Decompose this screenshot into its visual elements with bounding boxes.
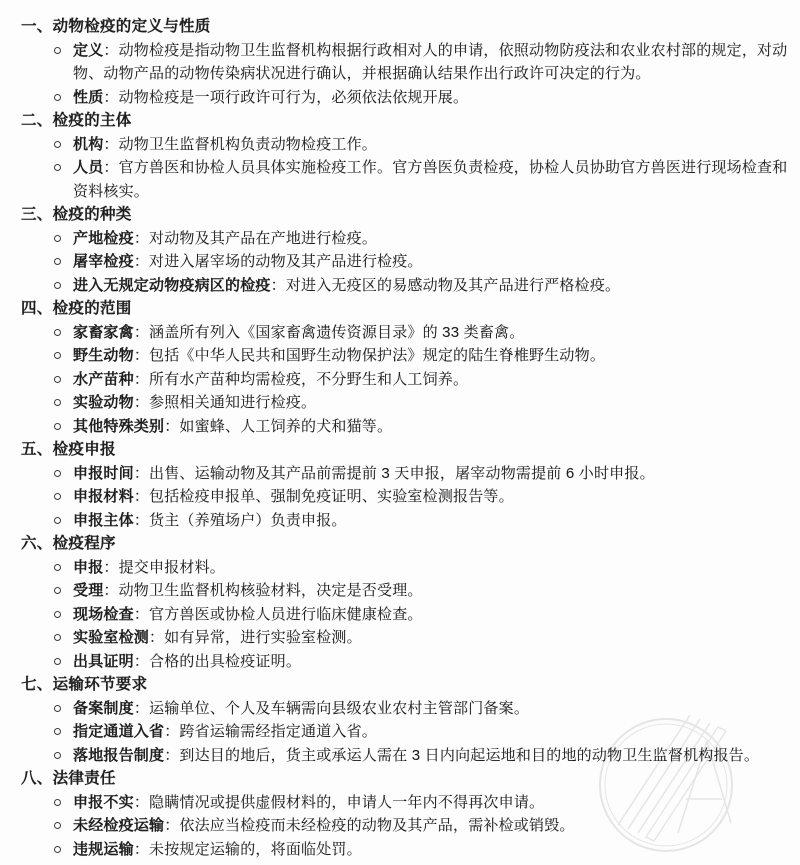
item-colon: ：	[134, 324, 149, 341]
circle-bullet-icon	[54, 94, 61, 101]
item-text: 实验室检测：如有异常，进行实验室检测。	[73, 626, 362, 650]
item-label: 违规运输	[73, 841, 134, 858]
item-text: 申报时间：出售、运输动物及其产品前需提前 3 天申报，屠宰动物需提前 6 小时申…	[73, 462, 655, 486]
item-colon: ：	[134, 512, 149, 529]
item-label: 申报	[73, 559, 103, 576]
list-item: 进入无规定动物疫病区的检疫：对进入无疫区的易感动物及其产品进行严格检疫。	[21, 274, 788, 298]
item-colon: ：	[134, 465, 149, 482]
item-colon: ：	[103, 159, 118, 176]
list-item: 申报主体：货主（养殖场户）负责申报。	[21, 509, 788, 533]
item-colon: ：	[164, 747, 179, 764]
circle-bullet-icon	[54, 822, 61, 829]
list-item: 性质：动物检疫是一项行政许可行为，必须依法依规开展。	[21, 86, 788, 110]
item-label: 指定通道入省	[73, 723, 164, 740]
item-label: 未经检疫运输	[73, 817, 164, 834]
list-item: 产地检疫：对动物及其产品在产地进行检疫。	[21, 227, 788, 251]
section: 四、检疫的范围家畜家禽：涵盖所有列入《国家畜禽遗传资源目录》的 33 类畜禽。野…	[21, 297, 788, 438]
item-description: 官方兽医和协检人员具体实施检疫工作。官方兽医负责检疫，协检人员协助官方兽医进行现…	[73, 159, 787, 200]
item-text: 受理：动物卫生监督机构核验材料，决定是否受理。	[73, 579, 423, 603]
item-colon: ：	[164, 418, 179, 435]
item-label: 野生动物	[73, 347, 134, 364]
circle-bullet-icon	[54, 611, 61, 618]
item-label: 出具证明	[73, 653, 134, 670]
item-text: 定义：动物检疫是指动物卫生监督机构根据行政相对人的申请，依照动物防疫法和农业农村…	[73, 39, 788, 86]
item-label: 备案制度	[73, 700, 134, 717]
circle-bullet-icon	[54, 352, 61, 359]
item-label: 现场检查	[73, 606, 134, 623]
section: 七、运输环节要求备案制度：运输单位、个人及车辆需向县级农业农村主管部门备案。指定…	[21, 673, 788, 767]
item-label: 性质	[73, 89, 103, 106]
item-description: 动物卫生监督机构核验材料，决定是否受理。	[119, 582, 423, 599]
circle-bullet-icon	[54, 564, 61, 571]
item-label: 申报时间	[73, 465, 134, 482]
circle-bullet-icon	[54, 235, 61, 242]
item-description: 对动物及其产品在产地进行检疫。	[149, 230, 377, 247]
list-item: 申报不实：隐瞒情况或提供虚假材料的，申请人一年内不得再次申请。	[21, 791, 788, 815]
circle-bullet-icon	[54, 329, 61, 336]
item-text: 水产苗种：所有水产苗种均需检疫，不分野生和人工饲养。	[73, 368, 468, 392]
section-title: 六、检疫程序	[21, 532, 788, 556]
item-description: 所有水产苗种均需检疫，不分野生和人工饲养。	[149, 371, 468, 388]
item-text: 实验动物：参照相关通知进行检疫。	[73, 391, 316, 415]
item-colon: ：	[134, 253, 149, 270]
circle-bullet-icon	[54, 752, 61, 759]
item-label: 家畜家禽	[73, 324, 134, 341]
list-item: 机构：动物卫生监督机构负责动物检疫工作。	[21, 133, 788, 157]
item-text: 申报不实：隐瞒情况或提供虚假材料的，申请人一年内不得再次申请。	[73, 791, 544, 815]
item-label: 定义	[73, 42, 103, 59]
list-item: 实验室检测：如有异常，进行实验室检测。	[21, 626, 788, 650]
list-item: 定义：动物检疫是指动物卫生监督机构根据行政相对人的申请，依照动物防疫法和农业农村…	[21, 39, 788, 86]
item-text: 进入无规定动物疫病区的检疫：对进入无疫区的易感动物及其产品进行严格检疫。	[73, 274, 620, 298]
item-colon: ：	[134, 794, 149, 811]
item-description: 如有异常，进行实验室检测。	[164, 629, 362, 646]
circle-bullet-icon	[54, 470, 61, 477]
item-label: 受理	[73, 582, 103, 599]
item-description: 对进入无疫区的易感动物及其产品进行严格检疫。	[286, 277, 620, 294]
item-label: 机构	[73, 136, 103, 153]
item-label: 产地检疫	[73, 230, 134, 247]
circle-bullet-icon	[54, 587, 61, 594]
section: 八、法律责任申报不实：隐瞒情况或提供虚假材料的，申请人一年内不得再次申请。未经检…	[21, 767, 788, 861]
section-title: 五、检疫申报	[21, 438, 788, 462]
item-text: 申报主体：货主（养殖场户）负责申报。	[73, 509, 347, 533]
item-text: 现场检查：官方兽医或协检人员进行临床健康检查。	[73, 603, 423, 627]
item-description: 参照相关通知进行检疫。	[149, 394, 316, 411]
circle-bullet-icon	[54, 423, 61, 430]
section-title: 一、动物检疫的定义与性质	[21, 15, 788, 39]
item-description: 未按规定运输的，将面临处罚。	[149, 841, 362, 858]
item-text: 性质：动物检疫是一项行政许可行为，必须依法依规开展。	[73, 86, 468, 110]
item-description: 包括《中华人民共和国野生动物保护法》规定的陆生脊椎野生动物。	[149, 347, 605, 364]
item-colon: ：	[134, 230, 149, 247]
item-colon: ：	[134, 347, 149, 364]
item-colon: ：	[134, 394, 149, 411]
item-colon: ：	[103, 582, 118, 599]
item-description: 运输单位、个人及车辆需向县级农业农村主管部门备案。	[149, 700, 529, 717]
list-item: 违规运输：未按规定运输的，将面临处罚。	[21, 838, 788, 862]
circle-bullet-icon	[54, 376, 61, 383]
circle-bullet-icon	[54, 258, 61, 265]
item-description: 对进入屠宰场的动物及其产品进行检疫。	[149, 253, 423, 270]
circle-bullet-icon	[54, 634, 61, 641]
item-colon: ：	[103, 559, 118, 576]
item-text: 家畜家禽：涵盖所有列入《国家畜禽遗传资源目录》的 33 类畜禽。	[73, 321, 524, 345]
section-title: 七、运输环节要求	[21, 673, 788, 697]
document-body: 一、动物检疫的定义与性质定义：动物检疫是指动物卫生监督机构根据行政相对人的申请，…	[0, 0, 800, 861]
item-description: 动物检疫是一项行政许可行为，必须依法依规开展。	[119, 89, 469, 106]
circle-bullet-icon	[54, 658, 61, 665]
item-description: 货主（养殖场户）负责申报。	[149, 512, 347, 529]
circle-bullet-icon	[54, 399, 61, 406]
list-item: 受理：动物卫生监督机构核验材料，决定是否受理。	[21, 579, 788, 603]
item-colon: ：	[134, 700, 149, 717]
item-text: 落地报告制度：到达目的地后，货主或承运人需在 3 日内向起运地和目的地的动物卫生…	[73, 744, 759, 768]
circle-bullet-icon	[54, 799, 61, 806]
section-title: 八、法律责任	[21, 767, 788, 791]
item-label: 进入无规定动物疫病区的检疫	[73, 277, 271, 294]
circle-bullet-icon	[54, 282, 61, 289]
item-description: 依法应当检疫而未经检疫的动物及其产品，需补检或销毁。	[179, 817, 574, 834]
list-item: 家畜家禽：涵盖所有列入《国家畜禽遗传资源目录》的 33 类畜禽。	[21, 321, 788, 345]
item-description: 出售、运输动物及其产品前需提前 3 天申报，屠宰动物需提前 6 小时申报。	[149, 465, 655, 482]
item-text: 未经检疫运输：依法应当检疫而未经检疫的动物及其产品，需补检或销毁。	[73, 814, 575, 838]
item-colon: ：	[103, 89, 118, 106]
circle-bullet-icon	[54, 705, 61, 712]
circle-bullet-icon	[54, 493, 61, 500]
item-label: 人员	[73, 159, 103, 176]
item-label: 申报主体	[73, 512, 134, 529]
item-text: 产地检疫：对动物及其产品在产地进行检疫。	[73, 227, 377, 251]
list-item: 落地报告制度：到达目的地后，货主或承运人需在 3 日内向起运地和目的地的动物卫生…	[21, 744, 788, 768]
list-item: 野生动物：包括《中华人民共和国野生动物保护法》规定的陆生脊椎野生动物。	[21, 344, 788, 368]
item-description: 隐瞒情况或提供虚假材料的，申请人一年内不得再次申请。	[149, 794, 544, 811]
circle-bullet-icon	[54, 517, 61, 524]
item-description: 动物卫生监督机构负责动物检疫工作。	[119, 136, 377, 153]
item-colon: ：	[164, 723, 179, 740]
list-item: 出具证明：合格的出具检疫证明。	[21, 650, 788, 674]
document-page: 一、动物检疫的定义与性质定义：动物检疫是指动物卫生监督机构根据行政相对人的申请，…	[0, 0, 800, 865]
list-item: 现场检查：官方兽医或协检人员进行临床健康检查。	[21, 603, 788, 627]
item-label: 申报材料	[73, 488, 134, 505]
item-text: 人员：官方兽医和协检人员具体实施检疫工作。官方兽医负责检疫，协检人员协助官方兽医…	[73, 156, 788, 203]
item-label: 申报不实	[73, 794, 134, 811]
item-text: 其他特殊类别：如蜜蜂、人工饲养的犬和猫等。	[73, 415, 392, 439]
item-label: 实验室检测	[73, 629, 149, 646]
list-item: 指定通道入省：跨省运输需经指定通道入省。	[21, 720, 788, 744]
item-text: 机构：动物卫生监督机构负责动物检疫工作。	[73, 133, 377, 157]
circle-bullet-icon	[54, 164, 61, 171]
section: 五、检疫申报申报时间：出售、运输动物及其产品前需提前 3 天申报，屠宰动物需提前…	[21, 438, 788, 532]
section-title: 三、检疫的种类	[21, 203, 788, 227]
item-label: 水产苗种	[73, 371, 134, 388]
item-text: 野生动物：包括《中华人民共和国野生动物保护法》规定的陆生脊椎野生动物。	[73, 344, 605, 368]
item-colon: ：	[164, 817, 179, 834]
list-item: 未经检疫运输：依法应当检疫而未经检疫的动物及其产品，需补检或销毁。	[21, 814, 788, 838]
list-item: 水产苗种：所有水产苗种均需检疫，不分野生和人工饲养。	[21, 368, 788, 392]
section: 二、检疫的主体机构：动物卫生监督机构负责动物检疫工作。人员：官方兽医和协检人员具…	[21, 109, 788, 203]
item-text: 申报：提交申报材料。	[73, 556, 225, 580]
list-item: 实验动物：参照相关通知进行检疫。	[21, 391, 788, 415]
item-description: 跨省运输需经指定通道入省。	[179, 723, 377, 740]
item-colon: ：	[103, 136, 118, 153]
item-colon: ：	[134, 488, 149, 505]
item-colon: ：	[134, 606, 149, 623]
list-item: 申报材料：包括检疫申报单、强制免疫证明、实验室检测报告等。	[21, 485, 788, 509]
circle-bullet-icon	[54, 846, 61, 853]
list-item: 申报：提交申报材料。	[21, 556, 788, 580]
item-text: 违规运输：未按规定运输的，将面临处罚。	[73, 838, 362, 862]
circle-bullet-icon	[54, 141, 61, 148]
item-description: 动物检疫是指动物卫生监督机构根据行政相对人的申请，依照动物防疫法和农业农村部的规…	[73, 42, 787, 83]
item-description: 提交申报材料。	[119, 559, 225, 576]
section: 三、检疫的种类产地检疫：对动物及其产品在产地进行检疫。屠宰检疫：对进入屠宰场的动…	[21, 203, 788, 297]
section-title: 四、检疫的范围	[21, 297, 788, 321]
list-item: 申报时间：出售、运输动物及其产品前需提前 3 天申报，屠宰动物需提前 6 小时申…	[21, 462, 788, 486]
item-colon: ：	[149, 629, 164, 646]
circle-bullet-icon	[54, 47, 61, 54]
item-description: 官方兽医或协检人员进行临床健康检查。	[149, 606, 423, 623]
item-description: 涵盖所有列入《国家畜禽遗传资源目录》的 33 类畜禽。	[149, 324, 524, 341]
item-description: 合格的出具检疫证明。	[149, 653, 301, 670]
item-text: 屠宰检疫：对进入屠宰场的动物及其产品进行检疫。	[73, 250, 423, 274]
item-text: 申报材料：包括检疫申报单、强制免疫证明、实验室检测报告等。	[73, 485, 514, 509]
item-text: 备案制度：运输单位、个人及车辆需向县级农业农村主管部门备案。	[73, 697, 529, 721]
item-colon: ：	[271, 277, 286, 294]
item-colon: ：	[134, 371, 149, 388]
item-colon: ：	[134, 653, 149, 670]
list-item: 屠宰检疫：对进入屠宰场的动物及其产品进行检疫。	[21, 250, 788, 274]
item-description: 如蜜蜂、人工饲养的犬和猫等。	[179, 418, 392, 435]
item-description: 到达目的地后，货主或承运人需在 3 日内向起运地和目的地的动物卫生监督机构报告。	[179, 747, 759, 764]
item-description: 包括检疫申报单、强制免疫证明、实验室检测报告等。	[149, 488, 514, 505]
list-item: 备案制度：运输单位、个人及车辆需向县级农业农村主管部门备案。	[21, 697, 788, 721]
circle-bullet-icon	[54, 728, 61, 735]
list-item: 其他特殊类别：如蜜蜂、人工饲养的犬和猫等。	[21, 415, 788, 439]
section: 六、检疫程序申报：提交申报材料。受理：动物卫生监督机构核验材料，决定是否受理。现…	[21, 532, 788, 673]
section-title: 二、检疫的主体	[21, 109, 788, 133]
section: 一、动物检疫的定义与性质定义：动物检疫是指动物卫生监督机构根据行政相对人的申请，…	[21, 15, 788, 109]
item-label: 落地报告制度	[73, 747, 164, 764]
item-text: 出具证明：合格的出具检疫证明。	[73, 650, 301, 674]
list-item: 人员：官方兽医和协检人员具体实施检疫工作。官方兽医负责检疫，协检人员协助官方兽医…	[21, 156, 788, 203]
item-text: 指定通道入省：跨省运输需经指定通道入省。	[73, 720, 377, 744]
item-label: 实验动物	[73, 394, 134, 411]
item-colon: ：	[134, 841, 149, 858]
item-label: 其他特殊类别	[73, 418, 164, 435]
item-colon: ：	[103, 42, 118, 59]
item-label: 屠宰检疫	[73, 253, 134, 270]
